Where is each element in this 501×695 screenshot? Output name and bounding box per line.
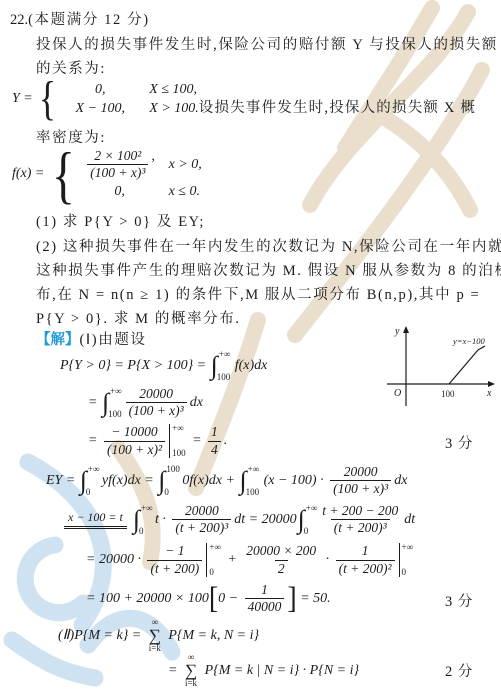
- fraction-denominator: (100 + x)²: [104, 441, 165, 458]
- eq6-lead: = 20000 ·: [86, 552, 144, 568]
- evaluation-bar: +∞0: [206, 543, 221, 577]
- piecewise-value: 2 × 100²(100 + x)³,: [81, 148, 159, 181]
- question-2-line-1: (2) 这种损失事件在一年内发生的次数记为 N,保险公司在一年内就: [36, 235, 501, 256]
- fraction-denominator: (t + 200)³: [331, 519, 390, 536]
- piecewise-row: 0, x ≤ 0.: [81, 184, 202, 200]
- fraction: − 1(t + 200): [147, 543, 202, 576]
- eq4-t2: 0f(x)dx +: [179, 473, 239, 489]
- fraction-numerator: 1: [208, 424, 221, 440]
- eq3-tail: .: [224, 433, 228, 449]
- eq8-lead: (Ⅱ)P{M = k} =: [58, 627, 145, 644]
- equation-line-4: EY = ∫+∞0 yf(x)dx = ∫1000 0f(x)dx + ∫+∞1…: [46, 464, 407, 497]
- fraction-denominator: (t + 200)²: [336, 560, 395, 577]
- integral-lower-limit: 0: [164, 488, 178, 497]
- eq7-inner: 0 −: [218, 591, 241, 607]
- fraction-numerator: 20000 × 200: [243, 543, 319, 559]
- integral-lower-limit: 0: [139, 527, 151, 536]
- integral-upper-limit: 100: [166, 465, 180, 474]
- problem-title: (本题满分 12 分): [28, 12, 150, 28]
- y-axis-arrow: [403, 326, 409, 333]
- fraction-numerator: 2 × 100²: [91, 148, 144, 164]
- fraction: 20000(100 + x)³: [126, 386, 187, 419]
- sum-sign: ∑: [185, 662, 197, 679]
- piecewise-row: 0, X ≤ 100,: [61, 82, 199, 98]
- eq1-lead: P{Y > 0} = P{X > 100} =: [60, 358, 210, 374]
- piecewise-condition: x > 0,: [169, 157, 202, 173]
- question-1: (1) 求 P{Y > 0} 及 EY;: [36, 210, 205, 231]
- integral-upper-limit: +∞: [248, 465, 262, 474]
- eq3-lead: =: [88, 433, 101, 449]
- equation-line-1: P{Y > 0} = P{X > 100} = ∫+∞100 f(x)dx: [60, 350, 267, 382]
- fraction-numerator: 20000: [182, 503, 222, 519]
- eval-lower-limit: 0: [402, 568, 414, 577]
- piecewise-y: Y = { 0, X ≤ 100, X − 100, X > 100. 设损失事…: [12, 80, 476, 118]
- fraction-denominator: 2: [275, 560, 288, 577]
- integral: ∫+∞100: [211, 350, 231, 382]
- piecewise-condition: X ≤ 100,: [149, 82, 197, 98]
- document-page: 22.(本题满分 12 分) 投保人的损失事件发生时,保险公司的赔付额 Y 与投…: [0, 0, 501, 695]
- eq4-t3: (x − 100) ·: [260, 473, 327, 489]
- fraction: 2 × 100²(100 + x)³: [87, 148, 148, 181]
- fraction: 20000(t + 200)³: [172, 503, 231, 536]
- question-2-line-2: 这种损失事件产生的理赔次数记为 M. 假设 N 服从参数为 8 的泊松分: [36, 259, 501, 280]
- piecewise-f-rows: 2 × 100²(100 + x)³, x > 0, 0, x ≤ 0.: [81, 148, 202, 200]
- piecewise-value: 0,: [81, 184, 159, 200]
- fraction-numerator: 1: [258, 582, 271, 598]
- left-bracket: [: [209, 583, 218, 614]
- piecewise-condition: x ≤ 0.: [169, 184, 200, 200]
- eval-lower-limit: 0: [209, 568, 221, 577]
- eq2-lead: =: [88, 395, 101, 411]
- label-leader-line: [478, 346, 485, 350]
- solution-part1-heading: (Ⅰ)由题设: [80, 332, 147, 348]
- problem-number: 22.: [10, 12, 28, 28]
- equation-line-9: = ∞∑i=k P{M = k | N = i} · P{N = i}: [168, 653, 359, 688]
- eq1-tail: f(x)dx: [231, 358, 267, 374]
- integral-upper-limit: +∞: [306, 504, 318, 513]
- piecewise-value: 0,: [61, 82, 139, 98]
- integral: ∫1000: [158, 465, 178, 497]
- summation: ∞∑i=k: [149, 618, 161, 653]
- piecewise-row: X − 100, X > 100.: [61, 101, 199, 117]
- fraction-denominator: (t + 200): [147, 560, 202, 577]
- eq4-t4: dx: [394, 473, 407, 489]
- fraction-denominator: (t + 200)³: [172, 519, 231, 536]
- sum-sign: ∑: [149, 627, 161, 644]
- eq4-t1: yf(x)dx =: [98, 473, 157, 489]
- integral-upper-limit: +∞: [141, 504, 153, 513]
- piecewise-y-tail-text: 设损失事件发生时,投保人的损失额 X 概: [199, 96, 476, 117]
- score-badge: 3 分: [445, 432, 473, 453]
- x-axis-label: x: [486, 388, 492, 399]
- equation-line-2: = ∫+∞100 20000(100 + x)³ dx: [88, 386, 203, 419]
- integral: ∫+∞0: [298, 504, 316, 536]
- right-bracket: ]: [287, 583, 296, 614]
- solution-heading: 【解】(Ⅰ)由题设: [36, 328, 147, 349]
- evaluation-bar: +∞0: [399, 543, 414, 577]
- score-badge: 3 分: [445, 590, 473, 611]
- eval-upper-limit: +∞: [209, 543, 221, 552]
- score-badge: 2 分: [445, 660, 473, 681]
- piecewise-y-rows: 0, X ≤ 100, X − 100, X > 100.: [61, 82, 199, 117]
- fraction: t + 200 − 200(t + 200)³: [319, 503, 401, 536]
- fraction-numerator: − 1: [162, 543, 187, 559]
- integral-lower-limit: 0: [86, 488, 98, 497]
- x-tick-label: 100: [441, 389, 455, 399]
- fraction-denominator: 40000: [245, 598, 285, 615]
- integral-lower-limit: 0: [304, 527, 316, 536]
- substitution-label: x − 100 = t: [64, 510, 127, 529]
- integral: ∫+∞0: [133, 504, 151, 536]
- fraction-denominator: (100 + x)³: [87, 164, 148, 181]
- line-equation-label: y=x−100: [452, 336, 486, 346]
- piecewise-value: X − 100,: [61, 101, 139, 117]
- fraction-denominator: (100 + x)³: [330, 480, 391, 497]
- fraction: 14: [208, 424, 221, 457]
- origin-label: O: [394, 388, 401, 399]
- fraction-denominator: 4: [208, 441, 221, 458]
- y-axis-label: y: [394, 326, 400, 337]
- eq4-lead: EY =: [46, 473, 79, 489]
- eq2-tail: dx: [190, 395, 203, 411]
- equation-line-6: = 20000 · − 1(t + 200) +∞0 + 20000 × 200…: [86, 543, 416, 577]
- fraction-numerator: 20000: [136, 386, 176, 402]
- piecewise-y-lhs: Y =: [12, 91, 36, 107]
- integral: ∫+∞100: [102, 387, 122, 419]
- integral: ∫+∞0: [80, 465, 98, 497]
- fraction-numerator: − 10000: [108, 424, 160, 440]
- equation-line-3: = − 10000(100 + x)² +∞100 = 14 .: [88, 424, 227, 458]
- fraction: 20000 × 2002: [243, 543, 319, 576]
- solution-tag: 【解】: [36, 332, 80, 348]
- eval-upper-limit: +∞: [172, 424, 186, 433]
- left-brace: {: [39, 80, 56, 118]
- integral-upper-limit: +∞: [88, 465, 100, 474]
- fraction: − 10000(100 + x)²: [104, 424, 165, 457]
- payout-function-graph: y x O 100 y=x−100: [381, 320, 501, 412]
- eval-lower-limit: 100: [172, 449, 186, 458]
- eq7-tail: = 50.: [297, 591, 331, 607]
- summation: ∞∑i=k: [185, 653, 197, 688]
- question-2-line-4: P{Y > 0}. 求 M 的概率分布.: [36, 307, 241, 328]
- integral-upper-limit: +∞: [219, 350, 233, 359]
- eval-upper-limit: +∞: [402, 543, 414, 552]
- sum-lower-limit: i=k: [185, 679, 197, 688]
- piecewise-f: f(x) = { 2 × 100²(100 + x)³, x > 0, 0, x…: [12, 148, 202, 200]
- evaluation-bar: +∞100: [169, 424, 186, 458]
- fraction-numerator: t + 200 − 200: [319, 503, 401, 519]
- problem-number-line: 22.(本题满分 12 分): [10, 8, 150, 29]
- integral-upper-limit: +∞: [110, 387, 124, 396]
- piecewise-row: 2 × 100²(100 + x)³, x > 0,: [81, 148, 202, 181]
- problem-intro-line-1: 投保人的损失事件发生时,保险公司的赔付额 Y 与投保人的损失额 X: [36, 33, 501, 54]
- equation-line-8: (Ⅱ)P{M = k} = ∞∑i=k P{M = k, N = i}: [58, 618, 259, 653]
- fraction: 140000: [245, 582, 285, 615]
- integral-lower-limit: 100: [108, 410, 122, 419]
- fraction-denominator: (100 + x)³: [126, 402, 187, 419]
- equation-line-5: x − 100 = t ∫+∞0 t · 20000(t + 200)³ dt …: [64, 503, 415, 536]
- x-axis-arrow: [488, 381, 495, 387]
- eq9-lead: =: [168, 663, 181, 679]
- eq6-t2: ·: [322, 552, 333, 568]
- fraction-numerator: 1: [359, 543, 372, 559]
- piecewise-condition: X > 100.: [149, 101, 199, 117]
- eq5-t3: dt: [404, 512, 415, 528]
- eq9-tail: P{M = k | N = i} · P{N = i}: [201, 663, 359, 679]
- eq5-t1: t ·: [151, 512, 169, 528]
- eq3-mid: =: [189, 433, 205, 449]
- eq6-t1: +: [224, 552, 240, 568]
- left-brace: {: [52, 149, 75, 200]
- eq7-lead: = 100 + 20000 × 100: [86, 591, 209, 607]
- payout-line: [449, 350, 478, 384]
- eq8-tail: P{M = k, N = i}: [165, 628, 259, 644]
- fraction: 1(t + 200)²: [336, 543, 395, 576]
- fraction-numerator: 20000: [341, 464, 381, 480]
- equation-line-7: = 100 + 20000 × 100 [ 0 − 140000 ] = 50.: [86, 582, 331, 615]
- eq5-t2: dt = 20000: [234, 512, 296, 528]
- question-2-line-3: 布,在 N = n(n ≥ 1) 的条件下,M 服从二项分布 B(n,p),其中…: [36, 283, 480, 304]
- integral: ∫+∞100: [239, 465, 259, 497]
- integral-lower-limit: 100: [217, 373, 231, 382]
- fraction: 20000(100 + x)³: [330, 464, 391, 497]
- sum-lower-limit: i=k: [149, 644, 161, 653]
- piecewise-f-lhs: f(x) =: [12, 166, 48, 182]
- integral-lower-limit: 100: [246, 488, 260, 497]
